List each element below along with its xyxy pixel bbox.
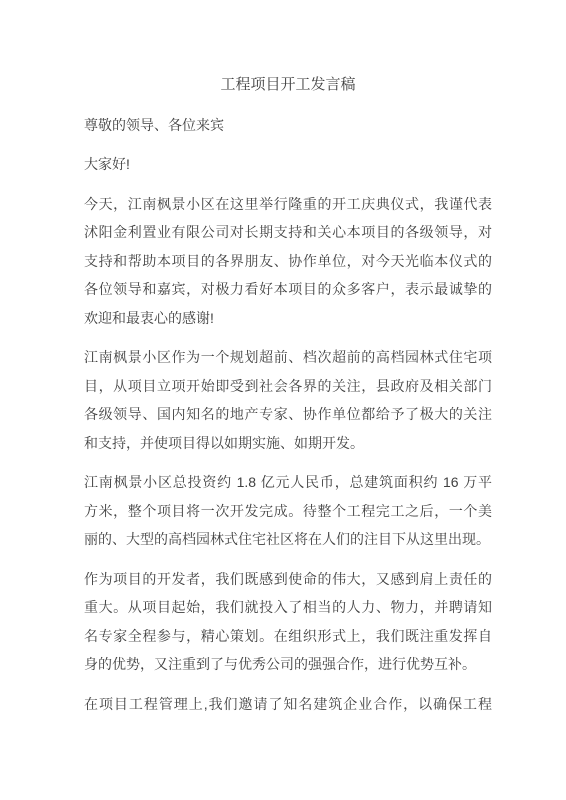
text-line: 各级领导、国内知名的地产专家、协作单位都给予了极大的关注 [84,400,492,429]
text-line: 欢迎和最衷心的感谢! [84,304,492,333]
text-line: 作为项目的开发者，我们既感到使命的伟大，又感到肩上责任的 [84,565,492,594]
paragraph: 江南枫景小区作为一个规划超前、档次超前的高档园林式住宅项目，从项目立项开始即受到… [84,343,492,457]
text-line: 今天，江南枫景小区在这里举行隆重的开工庆典仪式，我谨代表 [84,190,492,219]
paragraph: 大家好! [84,150,492,179]
text-line: 支持和帮助本项目的各界朋友、协作单位，对今天光临本仪式的 [84,247,492,276]
text-line: 目，从项目立项开始即受到社会各界的关注，县政府及相关部门 [84,372,492,401]
paragraph: 尊敬的领导、各位来宾 [84,111,492,140]
paragraph: 在项目工程管理上,我们邀请了知名建筑企业合作，以确保工程 [84,690,492,719]
text-line: 沭阳金利置业有限公司对长期支持和关心本项目的各级领导，对 [84,218,492,247]
document-body: 尊敬的领导、各位来宾大家好!今天，江南枫景小区在这里举行隆重的开工庆典仪式，我谨… [84,111,492,719]
text-line: 方米，整个项目将一次开发完成。待整个工程完工之后，一个美 [84,497,492,526]
text-line: 丽的、大型的高档园林式住宅社区将在人们的注目下从这里出现。 [84,525,492,554]
text-line: 江南枫景小区总投资约 1.8 亿元人民币，总建筑面积约 16 万平 [84,468,492,497]
text-line: 大家好! [84,150,492,179]
text-line: 各位领导和嘉宾，对极力看好本项目的众多客户，表示最诚挚的 [84,275,492,304]
paragraph: 今天，江南枫景小区在这里举行隆重的开工庆典仪式，我谨代表沭阳金利置业有限公司对长… [84,190,492,333]
text-line: 和支持，并使项目得以如期实施、如期开发。 [84,429,492,458]
paragraph: 作为项目的开发者，我们既感到使命的伟大，又感到肩上责任的重大。从项目起始，我们就… [84,565,492,679]
document-title: 工程项目开工发言稿 [84,71,492,100]
paragraph: 江南枫景小区总投资约 1.8 亿元人民币，总建筑面积约 16 万平方米，整个项目… [84,468,492,554]
text-line: 尊敬的领导、各位来宾 [84,111,492,140]
text-line: 江南枫景小区作为一个规划超前、档次超前的高档园林式住宅项 [84,343,492,372]
text-line: 名专家全程参与，精心策划。在组织形式上，我们既注重发挥自 [84,622,492,651]
text-line: 身的优势，又注重到了与优秀公司的强强合作，进行优势互补。 [84,650,492,679]
text-line: 在项目工程管理上,我们邀请了知名建筑企业合作，以确保工程 [84,690,492,719]
text-line: 重大。从项目起始，我们就投入了相当的人力、物力，并聘请知 [84,593,492,622]
document-page: 工程项目开工发言稿 尊敬的领导、各位来宾大家好!今天，江南枫景小区在这里举行隆重… [0,0,566,800]
